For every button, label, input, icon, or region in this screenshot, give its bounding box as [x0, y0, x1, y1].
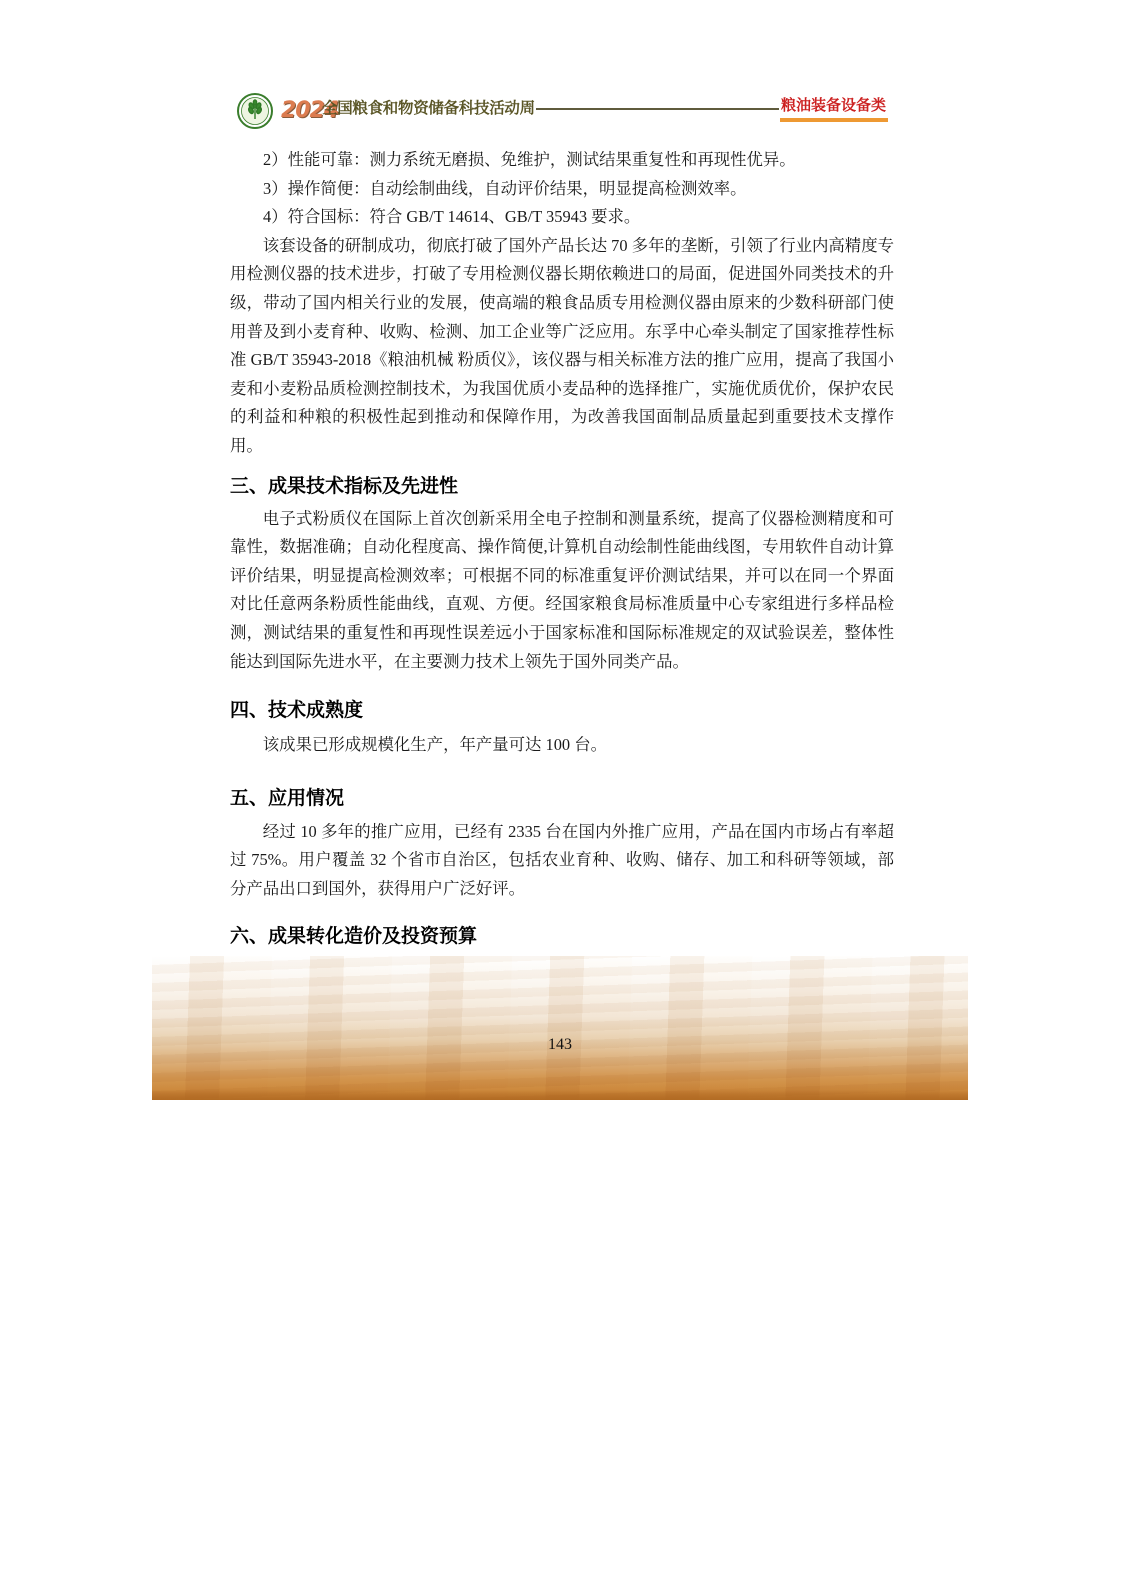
section-4-paragraph: 该成果已形成规模化生产，年产量可达 100 台。	[230, 731, 894, 760]
section-5-heading: 五、应用情况	[230, 786, 894, 812]
achievement-paragraph: 该套设备的研制成功，彻底打破了国外产品长达 70 多年的垄断，引领了行业内高精度…	[230, 232, 894, 461]
header-category-label: 粮油装备设备类	[781, 96, 886, 116]
section-3-heading: 三、成果技术指标及先进性	[230, 474, 894, 500]
page-header: 2024 全国粮食和物资储备科技活动周 粮油装备设备类	[0, 0, 1122, 140]
header-rule-line	[536, 108, 779, 110]
page-number: 143	[152, 1036, 968, 1054]
feature-item-2: 2）性能可靠：测力系统无磨损、免维护，测试结果重复性和再现性优异。	[230, 146, 894, 175]
section-3-paragraph: 电子式粉质仪在国际上首次创新采用全电子控制和测量系统，提高了仪器检测精度和可靠性…	[230, 505, 894, 677]
header-event-title: 全国粮食和物资储备科技活动周	[322, 99, 535, 119]
feature-item-3: 3）操作简便：自动绘制曲线，自动评价结果，明显提高检测效率。	[230, 175, 894, 204]
section-6-heading: 六、成果转化造价及投资预算	[230, 924, 894, 950]
section-5-paragraph: 经过 10 多年的推广应用，已经有 2335 台在国内外推广应用，产品在国内市场…	[230, 818, 894, 904]
wheat-emblem-icon	[237, 93, 273, 129]
feature-item-4: 4）符合国标：符合 GB/T 14614、GB/T 35943 要求。	[230, 203, 894, 232]
header-category-underline	[780, 118, 888, 122]
body-content: 2）性能可靠：测力系统无磨损、免维护，测试结果重复性和再现性优异。 3）操作简便…	[230, 146, 894, 987]
footer-landscape-band: 143	[152, 956, 968, 1100]
section-4-heading: 四、技术成熟度	[230, 698, 894, 724]
document-page: 2024 全国粮食和物资储备科技活动周 粮油装备设备类 2）性能可靠：测力系统无…	[0, 0, 1122, 1588]
